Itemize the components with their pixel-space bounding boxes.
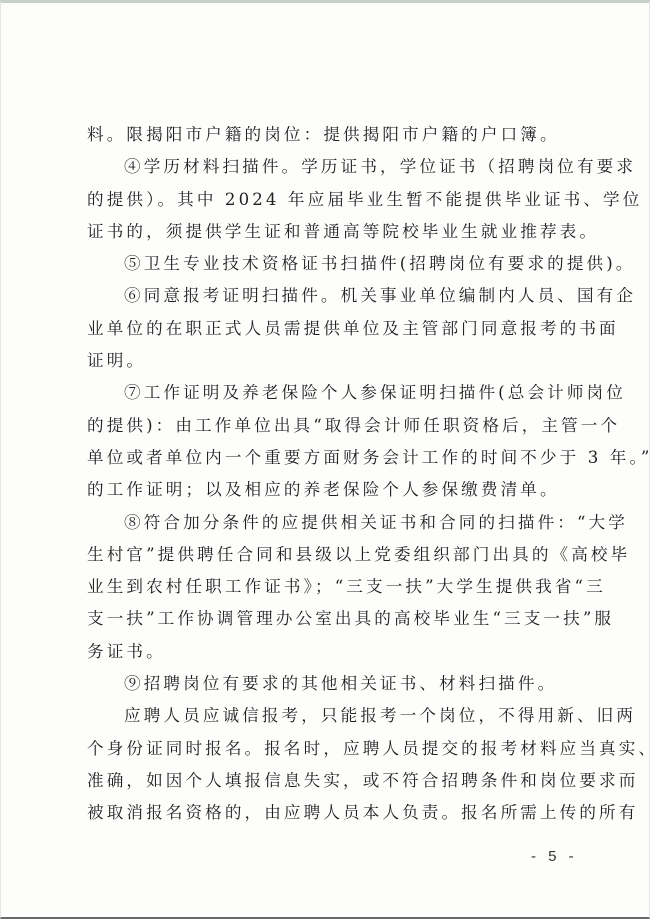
paragraph-item-6-line-1: ⑥同意报考证明扫描件。机关事业单位编制内人员、国有企 bbox=[87, 280, 567, 312]
paragraph-item-4-line-1: ④学历材料扫描件。学历证书，学位证书（招聘岗位有要求 bbox=[87, 151, 567, 183]
paragraph-item-8-line-2: 生村官”提供聘任合同和县级以上党委组织部门出具的《高校毕 bbox=[87, 539, 567, 571]
paragraph-item-7-line-2: 的提供)：由工作单位出具“取得会计师任职资格后，主管一个 bbox=[87, 410, 567, 442]
paragraph-item-5-line-1: ⑤卫生专业技术资格证书扫描件(招聘岗位有要求的提供)。 bbox=[87, 248, 567, 280]
document-page: 料。限揭阳市户籍的岗位：提供揭阳市户籍的户口簿。 ④学历材料扫描件。学历证书，学… bbox=[0, 0, 650, 919]
paragraph-item-7-line-1: ⑦工作证明及养老保险个人参保证明扫描件(总会计师岗位 bbox=[87, 377, 567, 409]
paragraph-item-4-line-3: 证书的，须提供学生证和普通高等院校毕业生就业推荐表。 bbox=[87, 216, 567, 248]
paragraph-item-8-line-1: ⑧符合加分条件的应提供相关证书和合同的扫描件：“大学 bbox=[87, 507, 567, 539]
paragraph-integrity-line-4: 被取消报名资格的，由应聘人员本人负责。报名所需上传的所有 bbox=[87, 797, 567, 829]
page-number: - 5 - bbox=[531, 848, 578, 865]
paragraph-integrity-line-2: 个身份证同时报名。报名时，应聘人员提交的报考材料应当真实、 bbox=[87, 733, 567, 765]
paragraph-item-7-line-3: 单位或者单位内一个重要方面财务会计工作的时间不少于 3 年。” bbox=[87, 442, 567, 474]
paragraph-item-9-line-1: ⑨招聘岗位有要求的其他相关证书、材料扫描件。 bbox=[87, 668, 567, 700]
paragraph-item-8-line-3: 业生到农村任职工作证书》；“三支一扶”大学生提供我省“三 bbox=[87, 571, 567, 603]
document-body: 料。限揭阳市户籍的岗位：提供揭阳市户籍的户口簿。 ④学历材料扫描件。学历证书，学… bbox=[87, 119, 567, 830]
paragraph-integrity-line-1: 应聘人员应诚信报考，只能报考一个岗位，不得用新、旧两 bbox=[87, 700, 567, 732]
paragraph-item-8-line-4: 支一扶”工作协调管理办公室出具的高校毕业生“三支一扶”服 bbox=[87, 603, 567, 635]
paragraph-integrity-line-3: 准确，如因个人填报信息失实，或不符合招聘条件和岗位要求而 bbox=[87, 765, 567, 797]
paragraph-item-6-line-2: 业单位的在职正式人员需提供单位及主管部门同意报考的书面 bbox=[87, 313, 567, 345]
paragraph-item-6-line-3: 证明。 bbox=[87, 345, 567, 377]
paragraph-item-4-line-2: 的提供）。其中 2024 年应届毕业生暂不能提供毕业证书、学位 bbox=[87, 184, 567, 216]
paragraph-item-8-line-5: 务证书。 bbox=[87, 636, 567, 668]
paragraph-hukou-line-1: 料。限揭阳市户籍的岗位：提供揭阳市户籍的户口簿。 bbox=[87, 119, 567, 151]
paragraph-item-7-line-4: 的工作证明；以及相应的养老保险个人参保缴费清单。 bbox=[87, 474, 567, 506]
